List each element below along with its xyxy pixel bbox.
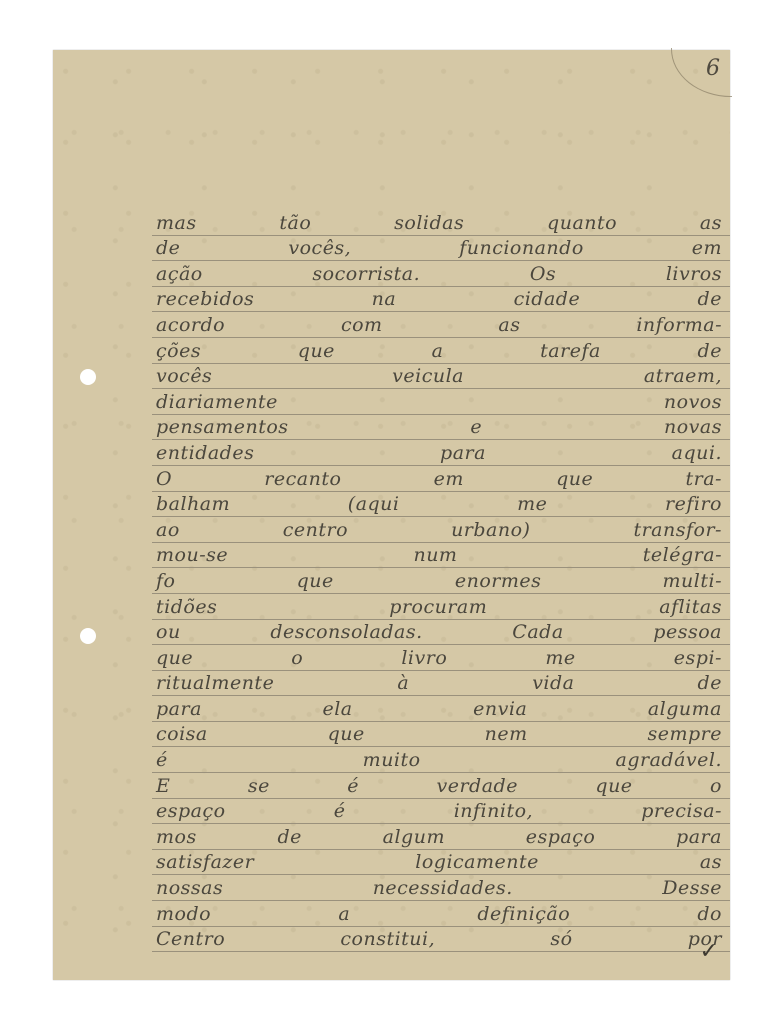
- ruled-line: satisfazerlogicamenteas: [152, 850, 730, 876]
- ruled-line: espaçoéinfinito,precisa-: [152, 799, 730, 825]
- handwritten-line: Centroconstitui,sópor: [156, 928, 722, 950]
- handwritten-line: coisaquenemsempre: [156, 723, 722, 745]
- handwritten-line: Orecantoemquetra-: [156, 468, 722, 490]
- ruled-line: entidadesparaaqui.: [152, 440, 730, 466]
- handwritten-line: tidõesprocuramaflitas: [156, 596, 722, 618]
- handwritten-line: çõesqueatarefade: [156, 340, 722, 362]
- ruled-line: coisaquenemsempre: [152, 722, 730, 748]
- ruled-line: nossasnecessidades.Desse: [152, 875, 730, 901]
- ruled-line: foqueenormesmulti-: [152, 568, 730, 594]
- ruled-line: acordocomasinforma-: [152, 312, 730, 338]
- ruled-line: mastãosolidasquantoas: [152, 210, 730, 236]
- handwritten-line: satisfazerlogicamenteas: [156, 851, 722, 873]
- ruled-line: tidõesprocuramaflitas: [152, 594, 730, 620]
- page-number: 6: [706, 56, 720, 81]
- handwritten-line: balham(aquimerefiro: [156, 493, 722, 515]
- ruled-line: Centroconstitui,sópor: [152, 927, 730, 953]
- handwritten-line: Eseéverdadequeo: [156, 775, 722, 797]
- handwritten-line: queolivromeespi-: [156, 647, 722, 669]
- ruled-line: devocês,funcionandoem: [152, 236, 730, 262]
- ruled-line: émuitoagradável.: [152, 747, 730, 773]
- handwritten-line: açãosocorrista.Oslivros: [156, 263, 722, 285]
- handwritten-line: recebidosnacidadede: [156, 288, 722, 310]
- handwritten-line: devocês,funcionandoem: [156, 237, 722, 259]
- handwritten-line: pensamentosenovas: [156, 416, 722, 438]
- ruled-line: Eseéverdadequeo: [152, 773, 730, 799]
- handwritten-line: oudesconsoladas.Cadapessoa: [156, 621, 722, 643]
- handwritten-line: acordocomasinforma-: [156, 314, 722, 336]
- ruled-line: mou-senumtelégra-: [152, 543, 730, 569]
- ruled-line: pensamentosenovas: [152, 415, 730, 441]
- punch-hole: [80, 628, 96, 644]
- handwritten-line: émuitoagradável.: [156, 749, 722, 771]
- ruled-line: modoadefiniçãodo: [152, 901, 730, 927]
- ruled-line: Orecantoemquetra-: [152, 466, 730, 492]
- folded-corner: [671, 48, 732, 97]
- punch-hole: [80, 369, 96, 385]
- ruled-line: ritualmenteàvidade: [152, 671, 730, 697]
- check-mark-icon: ✓: [700, 939, 718, 964]
- ruled-line: oudesconsoladas.Cadapessoa: [152, 620, 730, 646]
- handwritten-line: paraelaenviaalguma: [156, 698, 722, 720]
- handwritten-line: vocêsveiculaatraem,: [156, 365, 722, 387]
- ruled-line: recebidosnacidadede: [152, 287, 730, 313]
- handwritten-line: mou-senumtelégra-: [156, 544, 722, 566]
- ruled-line: balham(aquimerefiro: [152, 492, 730, 518]
- handwritten-line: mosdealgumespaçopara: [156, 826, 722, 848]
- ruled-line: açãosocorrista.Oslivros: [152, 261, 730, 287]
- handwritten-line: mastãosolidasquantoas: [156, 212, 722, 234]
- handwritten-line: aocentrourbano)transfor-: [156, 519, 722, 541]
- ruled-line: diariamentenovos: [152, 389, 730, 415]
- ruled-line: aocentrourbano)transfor-: [152, 517, 730, 543]
- handwritten-line: nossasnecessidades.Desse: [156, 877, 722, 899]
- ruled-line: queolivromeespi-: [152, 645, 730, 671]
- ruled-line: paraelaenviaalguma: [152, 696, 730, 722]
- handwritten-line: entidadesparaaqui.: [156, 442, 722, 464]
- ruled-line: mosdealgumespaçopara: [152, 824, 730, 850]
- handwritten-text-block: mastãosolidasquantoasdevocês,funcionando…: [152, 210, 730, 952]
- handwritten-line: modoadefiniçãodo: [156, 903, 722, 925]
- manuscript-page: 6 mastãosolidasquantoasdevocês,funcionan…: [53, 50, 730, 980]
- handwritten-line: diariamentenovos: [156, 391, 722, 413]
- handwritten-line: espaçoéinfinito,precisa-: [156, 800, 722, 822]
- handwritten-line: ritualmenteàvidade: [156, 672, 722, 694]
- ruled-line: çõesqueatarefade: [152, 338, 730, 364]
- ruled-line: vocêsveiculaatraem,: [152, 364, 730, 390]
- handwritten-line: foqueenormesmulti-: [156, 570, 722, 592]
